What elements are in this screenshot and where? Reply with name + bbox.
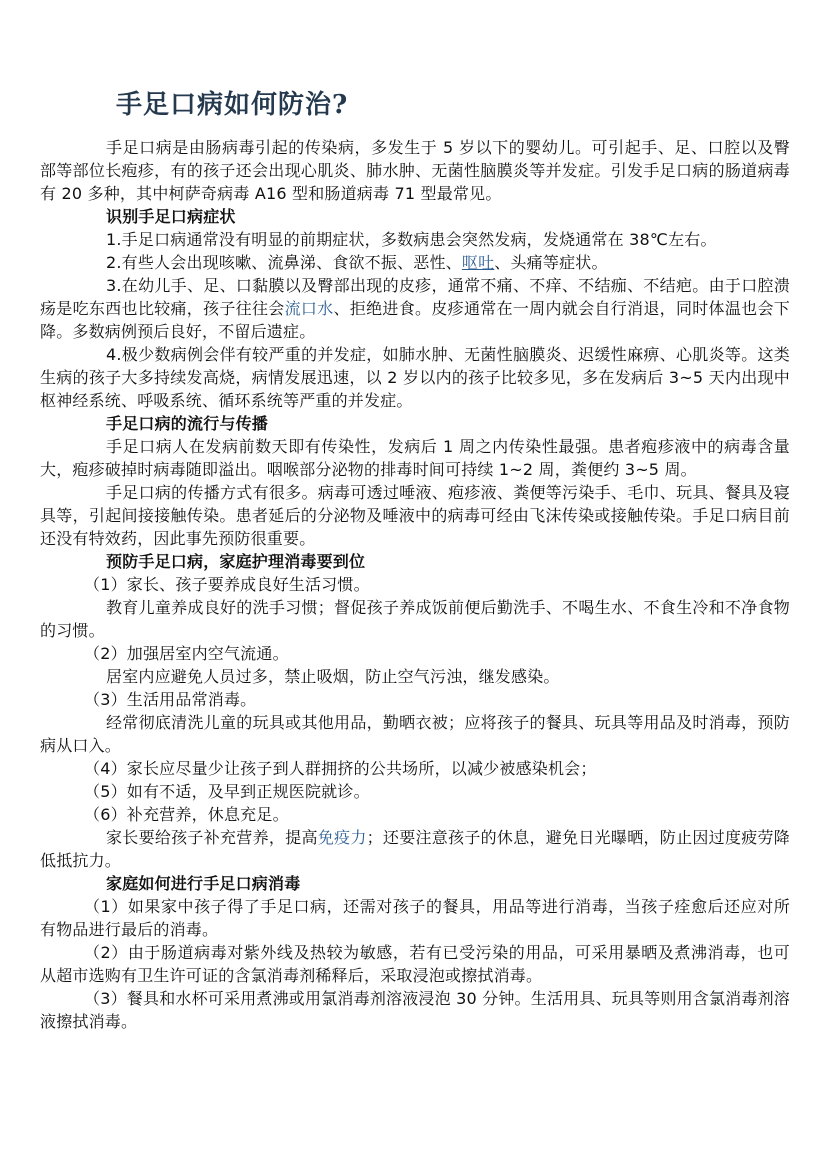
heading-prevention: 预防手足口病，家庭护理消毒要到位	[40, 550, 790, 573]
paragraph-ventilation: 居室内应避免人员过多，禁止吸烟，防止空气污浊，继发感染。	[40, 665, 790, 688]
text-segment: 、头痛等症状。	[494, 253, 607, 272]
list-item-disinfection-2: （2）由于肠道病毒对紫外线及热较为敏感，若有已受污染的用品，可采用暴晒及煮沸消毒…	[40, 941, 790, 987]
list-item-prevention-4: （4）家长应尽量少让孩子到人群拥挤的公共场所，以减少被感染机会；	[40, 757, 790, 780]
text-segment: 家长要给孩子补充营养，提高	[106, 828, 318, 847]
list-item-symptom-3: 3.在幼儿手、足、口黏膜以及臀部出现的皮疹，通常不痛、不痒、不结痂、不结疤。由于…	[40, 274, 790, 343]
list-item-prevention-6: （6）补充营养，休息充足。	[40, 803, 790, 826]
link-drool[interactable]: 流口水	[285, 299, 334, 318]
paragraph-transmission: 手足口病的传播方式有很多。病毒可透过唾液、疱疹液、粪便等污染手、毛巾、玩具、餐具…	[40, 481, 790, 550]
list-item-disinfection-3: （3）餐具和水杯可采用煮沸或用氯消毒剂溶液浸泡 30 分钟。生活用具、玩具等则用…	[40, 987, 790, 1033]
heading-spread: 手足口病的流行与传播	[40, 412, 790, 435]
link-immunity[interactable]: 免疫力	[318, 828, 367, 847]
list-item-symptom-2: 2.有些人会出现咳嗽、流鼻涕、食欲不振、恶性、呕吐、头痛等症状。	[40, 251, 790, 274]
link-vomit[interactable]: 呕吐	[462, 253, 494, 272]
text-segment: 2.有些人会出现咳嗽、流鼻涕、食欲不振、恶性、	[106, 253, 462, 272]
paragraph-daily-disinfection: 经常彻底清洗儿童的玩具或其他用品，勤晒衣被；应将孩子的餐具、玩具等用品及时消毒，…	[40, 711, 790, 757]
paragraph-nutrition: 家长要给孩子补充营养，提高免疫力；还要注意孩子的休息，避免日光曝晒，防止因过度疲…	[40, 826, 790, 872]
list-item-prevention-3: （3）生活用品常消毒。	[40, 688, 790, 711]
list-item-prevention-5: （5）如有不适，及早到正规医院就诊。	[40, 780, 790, 803]
list-item-prevention-2: （2）加强居室内空气流通。	[40, 642, 790, 665]
heading-identify-symptoms: 识别手足口病症状	[40, 205, 790, 228]
list-item-prevention-1: （1）家长、孩子要养成良好生活习惯。	[40, 573, 790, 596]
document-page: 手足口病如何防治? 手足口病是由肠病毒引起的传染病，多发生于 5 岁以下的婴幼儿…	[0, 0, 827, 1170]
list-item-disinfection-1: （1）如果家中孩子得了手足口病，还需对孩子的餐具，用品等进行消毒，当孩子痊愈后还…	[40, 895, 790, 941]
paragraph-infectivity: 手足口病人在发病前数天即有传染性，发病后 1 周之内传染性最强。患者疱疹液中的病…	[40, 435, 790, 481]
paragraph-hand-washing: 教育儿童养成良好的洗手习惯；督促孩子养成饭前便后勤洗手、不喝生水、不食生冷和不净…	[40, 596, 790, 642]
paragraph-intro: 手足口病是由肠病毒引起的传染病，多发生于 5 岁以下的婴幼儿。可引起手、足、口腔…	[40, 136, 790, 205]
heading-disinfection: 家庭如何进行手足口病消毒	[40, 872, 790, 895]
document-title: 手足口病如何防治?	[40, 90, 790, 120]
list-item-symptom-4: 4.极少数病例会伴有较严重的并发症，如肺水肿、无菌性脑膜炎、迟缓性麻痹、心肌炎等…	[40, 343, 790, 412]
list-item-symptom-1: 1.手足口病通常没有明显的前期症状，多数病患会突然发病，发烧通常在 38℃左右。	[40, 228, 790, 251]
